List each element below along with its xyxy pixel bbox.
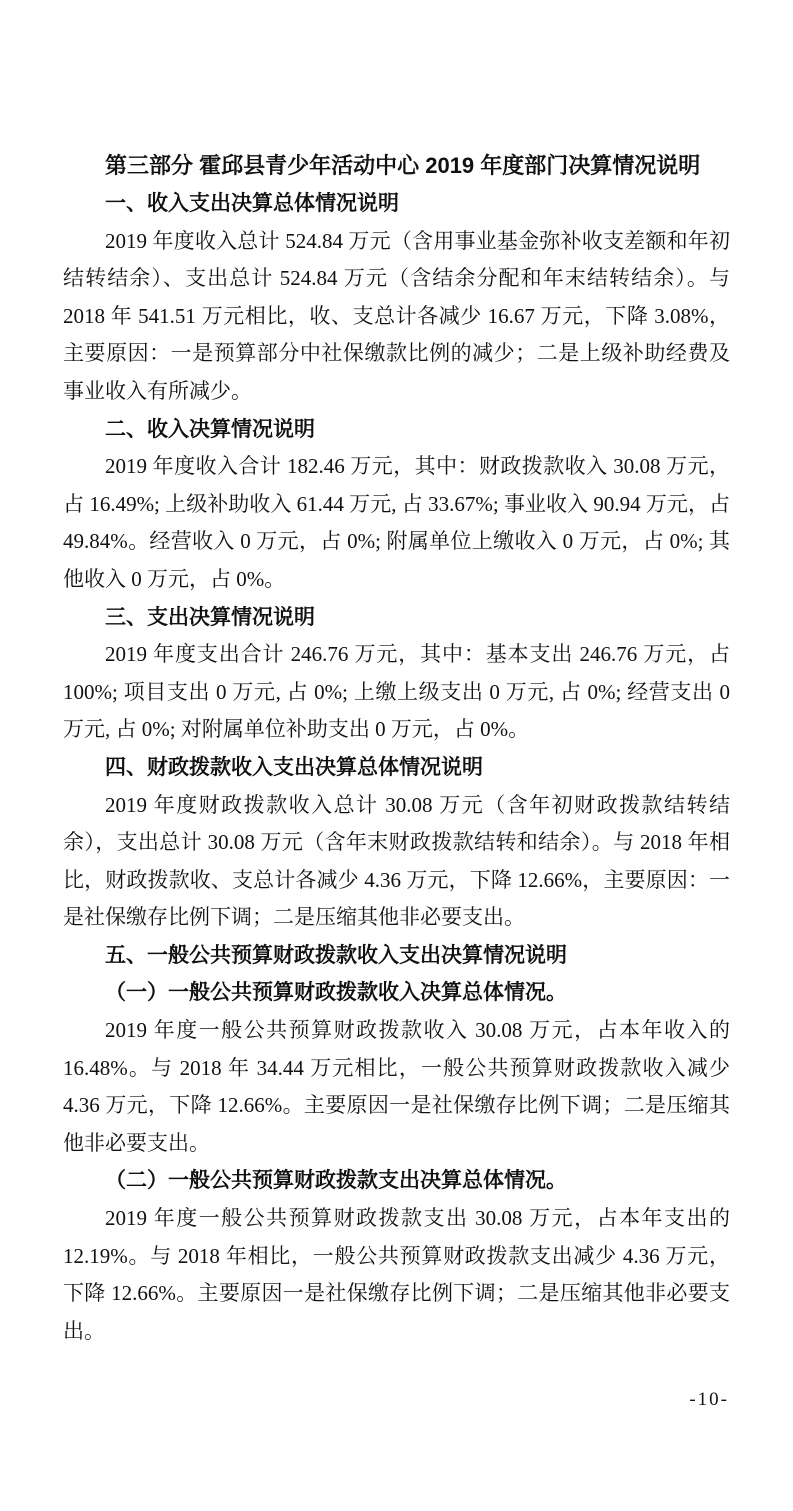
section-heading: 一、收入支出决算总体情况说明 <box>63 185 730 223</box>
section-heading: （一）一般公共预算财政拨款收入决算总体情况。 <box>63 974 730 1012</box>
document-title: 第三部分 霍邱县青少年活动中心 2019 年度部门决算情况说明 <box>63 147 730 185</box>
section-heading: 三、支出决算情况说明 <box>63 599 730 637</box>
paragraph: 2019 年度支出合计 246.76 万元，其中：基本支出 246.76 万元，… <box>63 636 730 749</box>
document-page: 第三部分 霍邱县青少年活动中心 2019 年度部门决算情况说明 一、收入支出决算… <box>0 0 793 1511</box>
paragraph: 2019 年度收入合计 182.46 万元，其中：财政拨款收入 30.08 万元… <box>63 448 730 598</box>
section-heading: 四、财政拨款收入支出决算总体情况说明 <box>63 749 730 787</box>
paragraph: 2019 年度一般公共预算财政拨款收入 30.08 万元，占本年收入的 16.4… <box>63 1012 730 1162</box>
page-number: -10- <box>689 1389 729 1411</box>
paragraph: 2019 年度收入总计 524.84 万元（含用事业基金弥补收支差额和年初结转结… <box>63 223 730 411</box>
section-heading: （二）一般公共预算财政拨款支出决算总体情况。 <box>63 1162 730 1200</box>
section-heading: 五、一般公共预算财政拨款收入支出决算情况说明 <box>63 937 730 975</box>
document-body: 一、收入支出决算总体情况说明2019 年度收入总计 524.84 万元（含用事业… <box>63 185 730 1350</box>
paragraph: 2019 年度一般公共预算财政拨款支出 30.08 万元，占本年支出的 12.1… <box>63 1200 730 1350</box>
paragraph: 2019 年度财政拨款收入总计 30.08 万元（含年初财政拨款结转结余），支出… <box>63 787 730 937</box>
section-heading: 二、收入决算情况说明 <box>63 411 730 449</box>
